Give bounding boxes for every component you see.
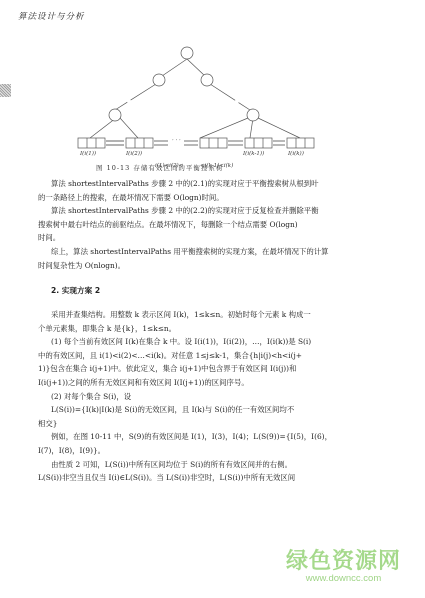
paragraph-line: 采用并查集结构。用整数 k 表示区间 I(k)，1≤k≤n。初始时每个元素 k … bbox=[38, 308, 390, 322]
paragraph-line: 1)}包含在集合 i(j+1)中。依此定义，集合 i(j+1)中包含界于有效区间… bbox=[38, 362, 390, 376]
body-text-block-1: 算法 shortestIntervalPaths 步骤 2 中的(2.1)的实现… bbox=[38, 177, 390, 272]
scan-artifact-icon bbox=[0, 84, 11, 97]
watermark-name: 绿色资源网 bbox=[286, 544, 401, 575]
paragraph-line: 的一条路径上的搜索，在最坏情况下需要 O(logn)时间。 bbox=[38, 191, 390, 205]
leaf-label-1: I(i(1)) bbox=[80, 151, 96, 157]
paragraph-line: I(i(j+1))之间的所有无效区间和有效区间 I(I(j+1))的区间序号。 bbox=[38, 376, 390, 390]
paragraph-line: 个单元素集，即集合 k 是{k}，1≤k≤n。 bbox=[38, 322, 390, 336]
paragraph-line: 例如，在图 10-11 中，S(9)的有效区间是 I(1)，I(3)，I(4)；… bbox=[38, 430, 390, 444]
body-text-block-2: 采用并查集结构。用整数 k 表示区间 I(k)，1≤k≤n。初始时每个元素 k … bbox=[38, 308, 390, 485]
leaf-ellipsis: · · · bbox=[172, 138, 181, 144]
paragraph-line: 由性质 2 可知，L(S(i))中所有区间均位于 S(i)的所有有效区间并的右侧… bbox=[38, 458, 390, 472]
running-header: 算法设计与分析 bbox=[18, 10, 85, 22]
paragraph-line: 算法 shortestIntervalPaths 步骤 2 中的(2.2)的实现… bbox=[38, 204, 390, 218]
paragraph-line: 搜索树中最右叶结点的前驱结点。在最坏情况下，每删除一个结点需要 O(logn) bbox=[38, 218, 390, 232]
leaf-label-k-1: I(i(k-1)) bbox=[243, 151, 264, 157]
paragraph-line: L(S(i))={I(k)|I(k)是 S(i)的无效区间，且 I(k)与 S(… bbox=[38, 403, 390, 417]
watermark: 绿色资源网 www.downcc.com bbox=[286, 544, 401, 584]
paragraph-line: (2) 对每个集合 S(i)，设 bbox=[38, 390, 390, 404]
paragraph-line: 中的有效区间，且 i(1)<i(2)<…<i(k)。对任意 1≤j≤k-1，集合… bbox=[38, 349, 390, 363]
balanced-search-tree-figure: · · · I(i(1)) I(i(2)) I(i(k-1)) I(i(k)) … bbox=[60, 38, 370, 178]
paragraph-line: L(S(i))非空当且仅当 I(i)∈L(S(i))。当 L(S(i))非空时，… bbox=[38, 471, 390, 485]
paragraph-line: 相交} bbox=[38, 417, 390, 431]
leaf-label-2: I(i(2)) bbox=[126, 151, 142, 157]
tree-diagram bbox=[60, 38, 370, 178]
paragraph-line: I(7)，I(8)，I(9)}。 bbox=[38, 444, 390, 458]
section-heading: 2. 实现方案 2 bbox=[51, 284, 403, 298]
leaf-label-k: I(i(k)) bbox=[288, 151, 304, 157]
paragraph-line: 时间复杂性为 O(nlogn)。 bbox=[38, 259, 390, 273]
paragraph-line: 算法 shortestIntervalPaths 步骤 2 中的(2.1)的实现… bbox=[38, 177, 390, 191]
figure-caption: 图 10-13 存储有效区间的平衡搜索树 bbox=[96, 163, 223, 172]
paragraph-line: (1) 每个当前有效区间 I(k)在集合 k 中。设 I(i(1))，I(i(2… bbox=[38, 335, 390, 349]
paragraph-line: 时间。 bbox=[38, 231, 390, 245]
paragraph-line: 综上，算法 shortestIntervalPaths 用平衡搜索树的实现方案，… bbox=[38, 245, 390, 259]
